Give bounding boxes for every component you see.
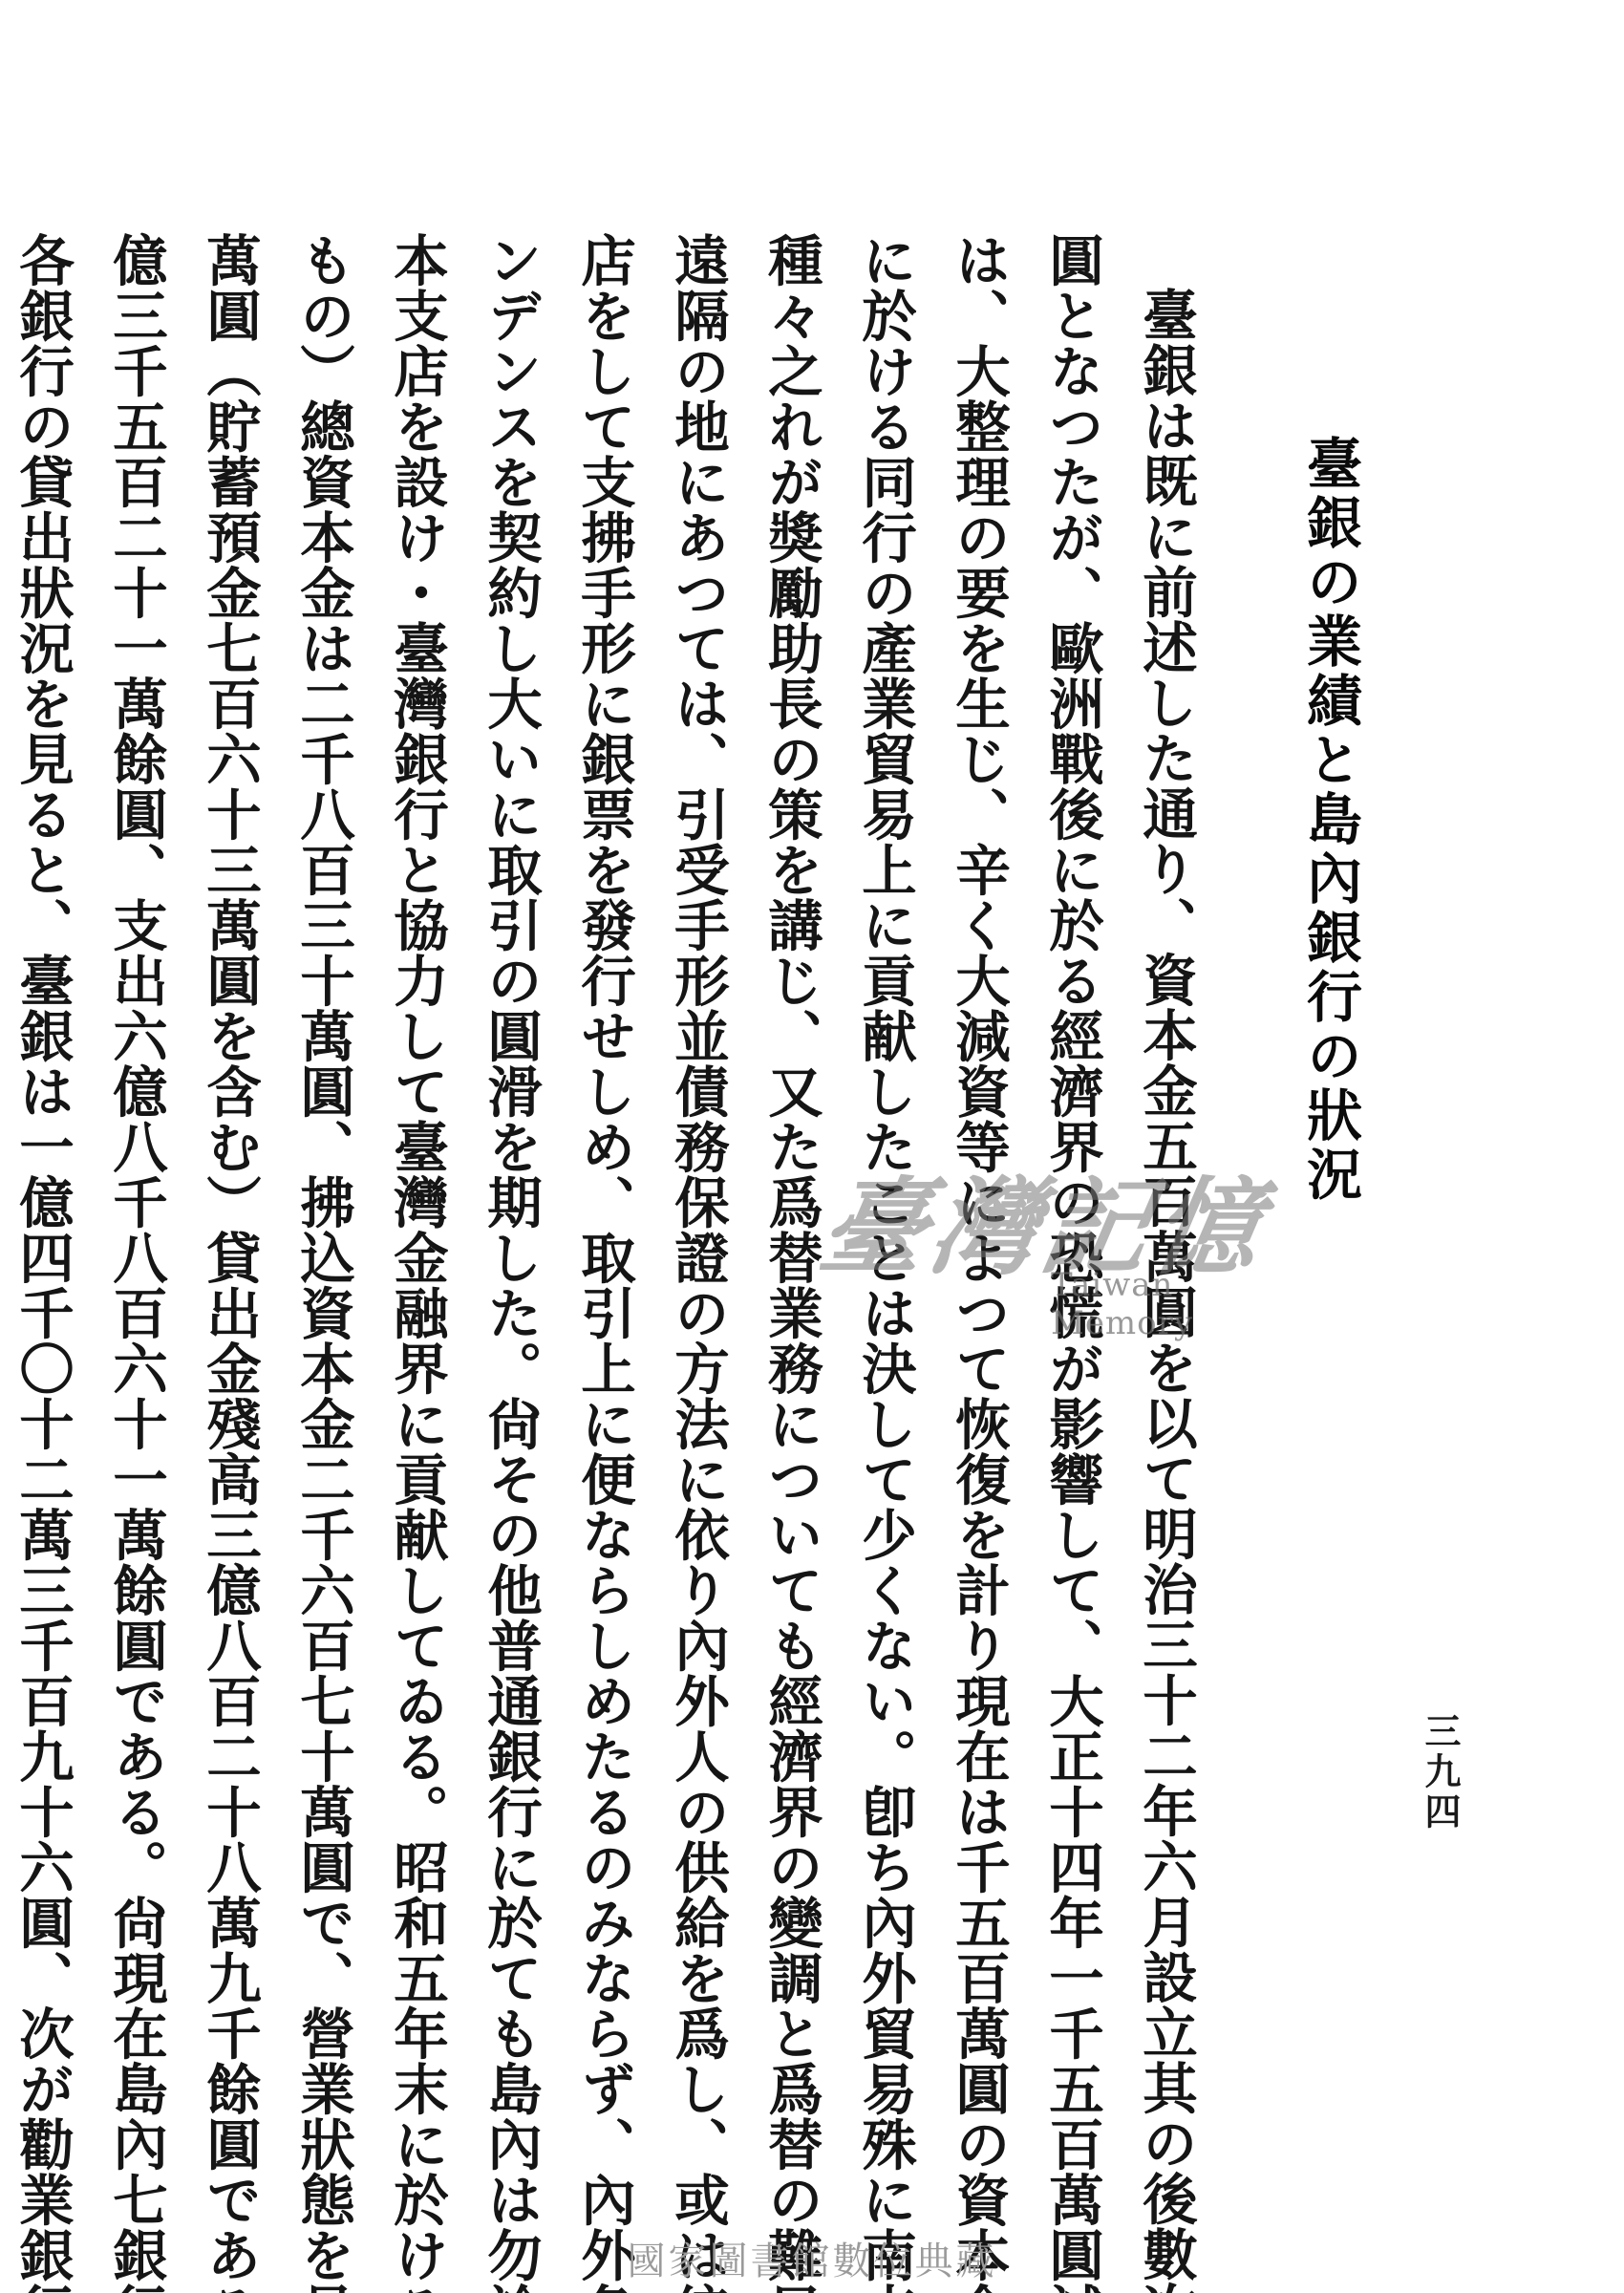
text-column: ンデンスを契約し大いに取引の圓滑を期した。尙その他普通銀行に於ても島內は勿論內地…: [464, 232, 558, 2028]
page-number: 三九四: [1421, 1712, 1459, 1832]
scanned-page: 臺銀の業績と島內銀行の狀況 臺銀は既に前述した通り、資本金五百萬圓を以て明治三十…: [0, 0, 1624, 2293]
section-title: 臺銀の業績と島內銀行の狀況: [1292, 435, 1368, 1205]
body-text: 臺銀は既に前述した通り、資本金五百萬圓を以て明治三十二年六月設立其の後數次の增資…: [258, 232, 1213, 2028]
text-column: 圓となつたが、歐洲戰後に於る經濟界の恐慌が影響して、大正十四年一千五百萬圓減資、…: [1026, 232, 1120, 2028]
text-column: 種々之れが獎勵助長の策を講じ、又た爲替業務についても經濟界の變調と爲替の難局に善…: [745, 232, 839, 2028]
text-column: は、大整理の要を生じ、辛く大減資等によつて恢復を計り現在は千五百萬圓の資本金とな…: [932, 232, 1026, 2028]
text-column: 店をして支拂手形に銀票を發行せしめ、取引上に便ならしめたるのみならず、內外各地に…: [558, 232, 652, 2028]
text-column: 萬圓（貯蓄預金七百六十三萬圓を含む）貸出金殘高三億八百二十八萬九千餘圓である。更…: [183, 232, 277, 2028]
text-column: もの）總資本金は二千八百三十萬圓、拂込資本金二千六百七十萬圓で、營業狀態を見れば…: [277, 232, 371, 2028]
text-column: 遠隔の地にあつては、引受手形並債務保證の方法に依り內外人の供給を爲し、或は統一し…: [652, 232, 745, 2028]
footer-attribution: 國家圖書館數位典藏: [0, 2231, 1624, 2285]
text-column: 臺銀は既に前述した通り、資本金五百萬圓を以て明治三十二年六月設立其の後數次の增資…: [1120, 232, 1213, 2028]
text-column: 億三千五百二十一萬餘圓、支出六億八千八百六十一萬餘圓である。尙現在島內七銀行の大…: [90, 232, 183, 2028]
text-column: 各銀行の貸出狀況を見ると、臺銀は一億四千〇十二萬三千百九十六圓、次が勸業銀行の五…: [0, 232, 90, 2028]
text-column: 本支店を設け・臺灣銀行と協力して臺灣金融界に貢献してゐる。昭和五年末に於ける島內…: [371, 232, 464, 2028]
text-column: に於ける同行の產業貿易上に貢献したことは決して少くない。卽ち內外貿易殊に南支南洋…: [839, 232, 932, 2028]
